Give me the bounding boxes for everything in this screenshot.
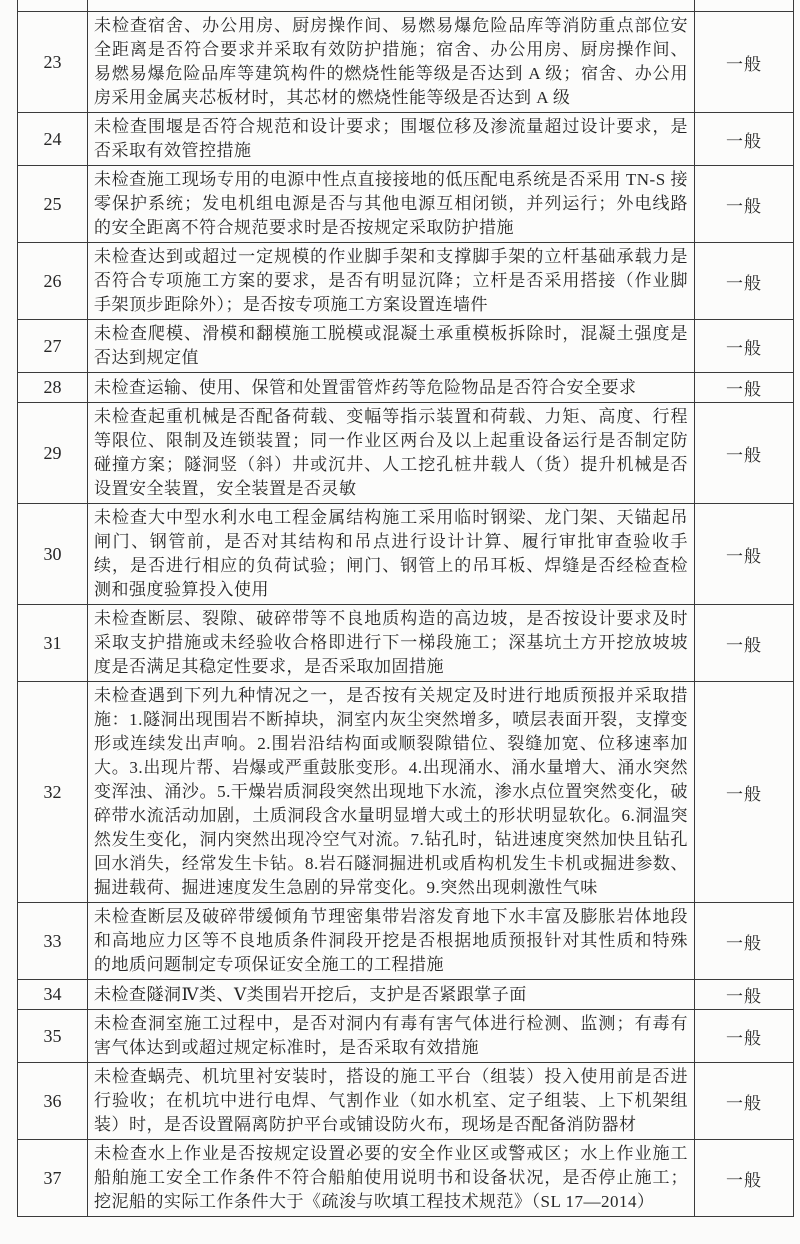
table-row: 32 未检查遇到下列九种情况之一，是否按有关规定及时进行地质预报并采取措施：1.…	[18, 682, 794, 903]
row-number-cell: 23	[18, 12, 88, 113]
row-severity-cell: 一般	[695, 113, 794, 166]
row-severity-cell: 一般	[695, 373, 794, 403]
row-number-cell: 27	[18, 320, 88, 373]
table-row: 33 未检查断层及破碎带缓倾角节理密集带岩溶发育地下水丰富及膨胀岩体地段和高地应…	[18, 903, 794, 980]
table-row: 36 未检查蜗壳、机坑里衬安装时，搭设的施工平台（组装）投入使用前是否进行验收；…	[18, 1063, 794, 1140]
row-description-cell: 未检查隧洞Ⅳ类、Ⅴ类围岩开挖后，支护是否紧跟掌子面	[88, 980, 695, 1010]
row-number-cell: 26	[18, 243, 88, 320]
row-severity-cell: 一般	[695, 1010, 794, 1063]
row-description-cell: 未检查断层及破碎带缓倾角节理密集带岩溶发育地下水丰富及膨胀岩体地段和高地应力区等…	[88, 903, 695, 980]
row-severity-cell: 一般	[695, 605, 794, 682]
row-number-cell: 37	[18, 1140, 88, 1217]
row-description-cell: 未检查蜗壳、机坑里衬安装时，搭设的施工平台（组装）投入使用前是否进行验收；在机坑…	[88, 1063, 695, 1140]
document-page: 23 未检查宿舍、办公用房、厨房操作间、易燃易爆危险品库等消防重点部位安全距离是…	[17, 0, 794, 1217]
row-description-cell: 未检查宿舍、办公用房、厨房操作间、易燃易爆危险品库等消防重点部位安全距离是否符合…	[88, 12, 695, 113]
row-description-cell: 未检查达到或超过一定规模的作业脚手架和支撑脚手架的立杆基础承载力是否符合专项施工…	[88, 243, 695, 320]
clipped-row-above	[18, 0, 794, 12]
row-severity-cell: 一般	[695, 903, 794, 980]
row-number-cell: 31	[18, 605, 88, 682]
row-number-cell: 34	[18, 980, 88, 1010]
table-row: 29 未检查起重机械是否配备荷载、变幅等指示装置和荷载、力矩、高度、行程等限位、…	[18, 403, 794, 504]
table-row: 25 未检查施工现场专用的电源中性点直接接地的低压配电系统是否采用 TN-S 接…	[18, 166, 794, 243]
row-severity-cell: 一般	[695, 166, 794, 243]
row-severity-cell: 一般	[695, 403, 794, 504]
clipped-number-cell	[18, 0, 88, 12]
row-description-cell: 未检查洞室施工过程中，是否对洞内有毒有害气体进行检测、监测；有毒有害气体达到或超…	[88, 1010, 695, 1063]
row-number-cell: 28	[18, 373, 88, 403]
row-description-cell: 未检查大中型水利水电工程金属结构施工采用临时钢梁、龙门架、天锚起吊闸门、钢管前，…	[88, 504, 695, 605]
row-number-cell: 32	[18, 682, 88, 903]
row-number-cell: 35	[18, 1010, 88, 1063]
table-row: 28 未检查运输、使用、保管和处置雷管炸药等危险物品是否符合安全要求 一般	[18, 373, 794, 403]
table-row: 31 未检查断层、裂隙、破碎带等不良地质构造的高边坡，是否按设计要求及时采取支护…	[18, 605, 794, 682]
row-severity-cell: 一般	[695, 12, 794, 113]
row-description-cell: 未检查运输、使用、保管和处置雷管炸药等危险物品是否符合安全要求	[88, 373, 695, 403]
table-row: 37 未检查水上作业是否按规定设置必要的安全作业区或警戒区；水上作业施工船舶施工…	[18, 1140, 794, 1217]
row-severity-cell: 一般	[695, 320, 794, 373]
row-number-cell: 33	[18, 903, 88, 980]
row-severity-cell: 一般	[695, 1140, 794, 1217]
row-number-cell: 24	[18, 113, 88, 166]
row-description-cell: 未检查水上作业是否按规定设置必要的安全作业区或警戒区；水上作业施工船舶施工安全工…	[88, 1140, 695, 1217]
row-description-cell: 未检查起重机械是否配备荷载、变幅等指示装置和荷载、力矩、高度、行程等限位、限制及…	[88, 403, 695, 504]
table-row: 23 未检查宿舍、办公用房、厨房操作间、易燃易爆危险品库等消防重点部位安全距离是…	[18, 12, 794, 113]
inspection-checklist-table: 23 未检查宿舍、办公用房、厨房操作间、易燃易爆危险品库等消防重点部位安全距离是…	[17, 0, 794, 1217]
clipped-severity-cell	[695, 0, 794, 12]
table-row: 27 未检查爬模、滑模和翻模施工脱模或混凝土承重模板拆除时，混凝土强度是否达到规…	[18, 320, 794, 373]
row-severity-cell: 一般	[695, 980, 794, 1010]
table-row: 34 未检查隧洞Ⅳ类、Ⅴ类围岩开挖后，支护是否紧跟掌子面 一般	[18, 980, 794, 1010]
row-number-cell: 30	[18, 504, 88, 605]
row-severity-cell: 一般	[695, 682, 794, 903]
row-description-cell: 未检查围堰是否符合规范和设计要求；围堰位移及渗流量超过设计要求，是否采取有效管控…	[88, 113, 695, 166]
row-severity-cell: 一般	[695, 1063, 794, 1140]
row-description-cell: 未检查爬模、滑模和翻模施工脱模或混凝土承重模板拆除时，混凝土强度是否达到规定值	[88, 320, 695, 373]
table-row: 30 未检查大中型水利水电工程金属结构施工采用临时钢梁、龙门架、天锚起吊闸门、钢…	[18, 504, 794, 605]
row-number-cell: 36	[18, 1063, 88, 1140]
row-severity-cell: 一般	[695, 243, 794, 320]
row-number-cell: 25	[18, 166, 88, 243]
table-row: 26 未检查达到或超过一定规模的作业脚手架和支撑脚手架的立杆基础承载力是否符合专…	[18, 243, 794, 320]
row-severity-cell: 一般	[695, 504, 794, 605]
row-description-cell: 未检查遇到下列九种情况之一，是否按有关规定及时进行地质预报并采取措施：1.隧洞出…	[88, 682, 695, 903]
row-description-cell: 未检查断层、裂隙、破碎带等不良地质构造的高边坡，是否按设计要求及时采取支护措施或…	[88, 605, 695, 682]
table-row: 24 未检查围堰是否符合规范和设计要求；围堰位移及渗流量超过设计要求，是否采取有…	[18, 113, 794, 166]
table-row: 35 未检查洞室施工过程中，是否对洞内有毒有害气体进行检测、监测；有毒有害气体达…	[18, 1010, 794, 1063]
clipped-description-cell	[88, 0, 695, 12]
row-number-cell: 29	[18, 403, 88, 504]
row-description-cell: 未检查施工现场专用的电源中性点直接接地的低压配电系统是否采用 TN-S 接零保护…	[88, 166, 695, 243]
